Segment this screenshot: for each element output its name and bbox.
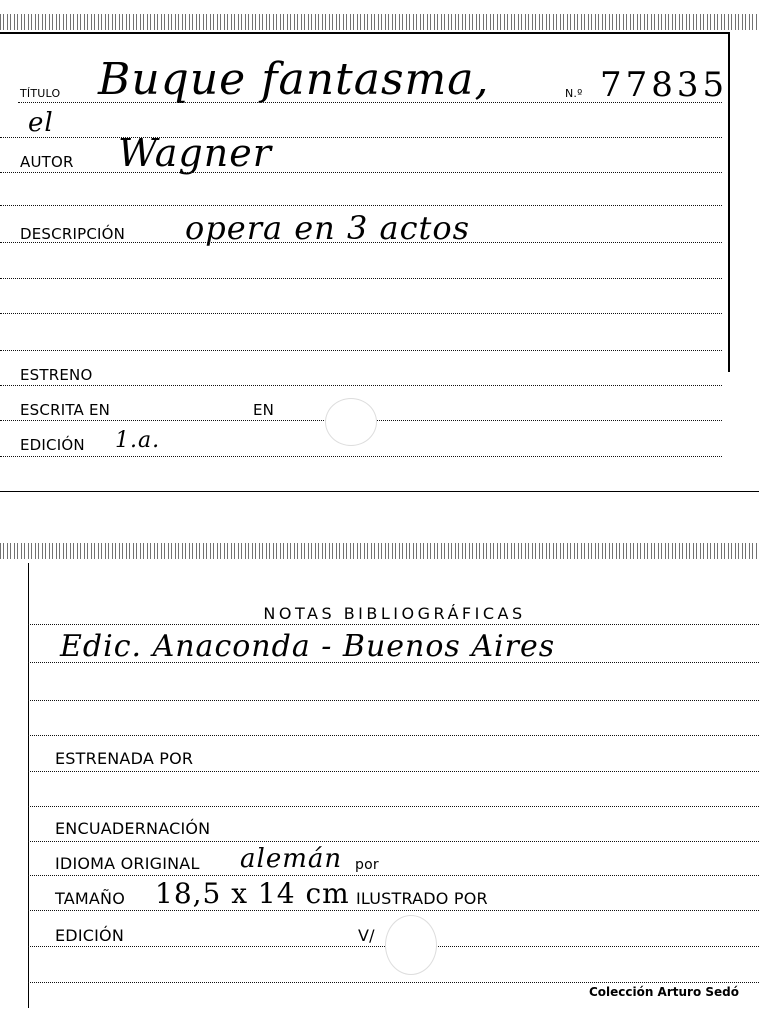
bottom-line bbox=[28, 982, 759, 983]
original-language-line bbox=[28, 875, 759, 876]
edition-label: EDICIÓN bbox=[20, 438, 85, 453]
article-line bbox=[0, 137, 722, 138]
blank-line-4 bbox=[0, 350, 722, 351]
number-label: N.º bbox=[565, 88, 583, 99]
edition-value: 1.a. bbox=[115, 430, 160, 452]
notes-line bbox=[28, 662, 759, 663]
back-edition-label: EDICIÓN bbox=[55, 928, 124, 944]
card-bottom-edge bbox=[0, 491, 759, 492]
card-left-edge bbox=[28, 563, 29, 1008]
description-value: opera en 3 actos bbox=[185, 212, 470, 244]
written-in-label: ESCRITA EN bbox=[20, 403, 110, 418]
illustrated-by-label: ILUSTRADO POR bbox=[356, 891, 488, 907]
author-line bbox=[0, 172, 722, 173]
number-value: 77835 bbox=[600, 68, 728, 102]
premiere-line bbox=[0, 385, 722, 386]
heading-line bbox=[28, 624, 759, 625]
original-language-label: IDIOMA ORIGINAL bbox=[55, 856, 200, 872]
notes-value: Edic. Anaconda - Buenos Aires bbox=[60, 632, 555, 662]
punch-hole-mark-back bbox=[385, 915, 437, 975]
card-right-edge bbox=[728, 32, 730, 372]
size-label: TAMAÑO bbox=[55, 891, 125, 907]
blank-line-3 bbox=[0, 313, 722, 314]
size-line bbox=[28, 910, 759, 911]
punch-hole-mark bbox=[325, 398, 377, 446]
written-en-label: EN bbox=[253, 403, 274, 418]
binding-line bbox=[28, 841, 759, 842]
v-label: V/ bbox=[358, 928, 375, 944]
premiered-by-label: ESTRENADA POR bbox=[55, 751, 193, 767]
scan-noise-top bbox=[0, 14, 759, 30]
translated-by-label: por bbox=[355, 858, 379, 872]
description-label: DESCRIPCIÓN bbox=[20, 227, 125, 242]
premiered-by-line bbox=[28, 771, 759, 772]
blank-line-1 bbox=[0, 205, 722, 206]
size-value: 18,5 x 14 cm bbox=[155, 880, 350, 908]
blank-line-2 bbox=[0, 278, 722, 279]
collection-footer: Colección Arturo Sedó bbox=[589, 985, 739, 999]
description-line bbox=[0, 242, 722, 243]
edition-line bbox=[0, 456, 722, 457]
author-label: AUTOR bbox=[20, 155, 74, 170]
title-value: Buque fantasma, bbox=[98, 58, 490, 102]
title-label: TÍTULO bbox=[20, 88, 60, 99]
blank-line-5 bbox=[28, 700, 759, 701]
original-language-value: alemán bbox=[240, 846, 342, 872]
title-line bbox=[18, 102, 722, 103]
title-article: el bbox=[28, 110, 54, 136]
notes-heading: NOTAS BIBLIOGRÁFICAS bbox=[0, 604, 759, 623]
binding-label: ENCUADERNACIÓN bbox=[55, 821, 210, 837]
blank-line-7 bbox=[28, 806, 759, 807]
premiere-label: ESTRENO bbox=[20, 368, 93, 383]
scan-noise-middle bbox=[0, 543, 759, 559]
blank-line-6 bbox=[28, 735, 759, 736]
author-value: Wagner bbox=[118, 134, 272, 172]
card-top-edge bbox=[0, 32, 730, 34]
